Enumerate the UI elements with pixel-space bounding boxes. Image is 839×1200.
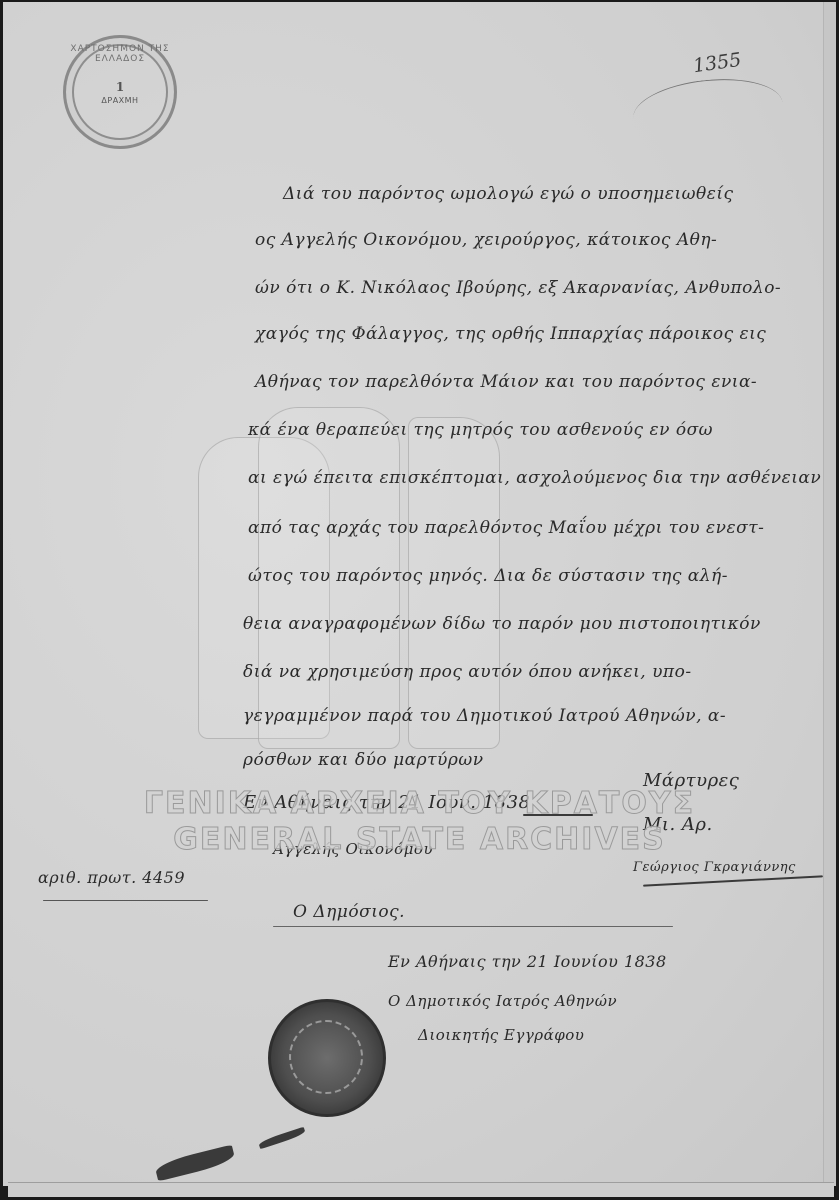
certification-signer-title: Διοικητής Εγγράφου [418,1026,584,1044]
certification-heading: Ο Δημόσιος. [293,902,405,922]
body-line: χαγός της Φάλαγγος, της ορθής Ιππαρχίας … [255,324,766,344]
document-page: ΧΑΡΤΟΣΗΜΟΝ ΤΗΣ ΕΛΛΑΔΟΣ 1 ΔΡΑΧΜΗ 1355 Διά… [3,2,835,1186]
certification-underline [273,926,673,927]
stamp-unit: ΔΡΑΧΜΗ [101,96,138,105]
protocol-underline [43,900,208,901]
body-line: ώτος του παρόντος μηνός. Δια δε σύστασιν… [248,566,728,586]
ink-blot [258,1127,306,1149]
seal-emblem [289,1020,363,1094]
body-line: Διά του παρόντος ωμολογώ εγώ ο υποσημειω… [283,184,734,204]
body-line: αι εγώ έπειτα επισκέπτομαι, ασχολούμενος… [248,468,821,488]
reference-curve-mark [630,72,786,148]
watermark-greek: ΓΕΝΙΚΑ ΑΡΧΕΙΑ ΤΟΥ ΚΡΑΤΟΥΣ [0,786,839,821]
body-line: ών ότι ο Κ. Νικόλαος Ιβούρης, εξ Ακαρναν… [255,278,781,298]
body-line: κά ένα θεραπεύει της μητρός του ασθενούς… [248,420,713,440]
stamp-value: 1 [116,80,124,94]
body-line: Αθήνας τον παρελθόντα Μάιον και του παρό… [255,372,757,392]
page-edge [823,2,836,1186]
page-fold [8,1182,834,1197]
body-line: ος Αγγελής Οικονόμου, χειρούργος, κάτοικ… [255,230,717,250]
protocol-note: αριθ. πρωτ. 4459 [38,868,185,887]
body-line: γεγραμμένον παρά του Δημοτικού Ιατρού Αθ… [243,706,726,726]
reference-number: 1355 [692,49,743,78]
certification-signer: Ο Δημοτικός Ιατρός Αθηνών [388,992,617,1010]
official-seal [268,999,386,1117]
ink-blot [154,1145,236,1182]
body-line: ρόσθων και δύο μαρτύρων [243,750,484,770]
body-line: από τας αρχάς του παρελθόντος Μαΐου μέχρ… [248,518,764,538]
witness-underline [643,875,823,886]
revenue-stamp: ΧΑΡΤΟΣΗΜΟΝ ΤΗΣ ΕΛΛΑΔΟΣ 1 ΔΡΑΧΜΗ [63,35,177,149]
body-line: διά να χρησιμεύση προς αυτόν όπου ανήκει… [243,662,692,682]
watermark-english: GENERAL STATE ARCHIVES [0,822,839,857]
witness-name-2: Γεώργιος Γκραγιάννης [633,860,796,875]
certification-date: Εν Αθήναις την 21 Ιουνίου 1838 [388,952,667,971]
stamp-ring-text: ΧΑΡΤΟΣΗΜΟΝ ΤΗΣ ΕΛΛΑΔΟΣ [66,44,174,64]
body-line: θεια αναγραφομένων δίδω το παρόν μου πισ… [243,614,761,634]
